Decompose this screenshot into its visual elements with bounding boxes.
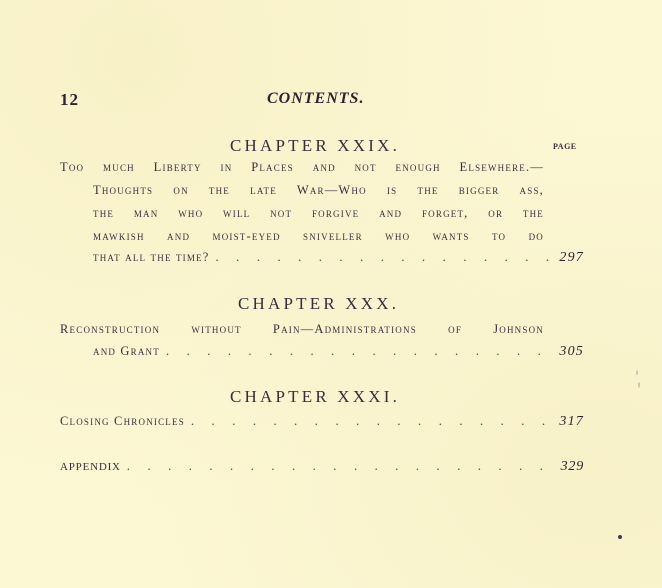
dot-leader: . . . . . . . . . . . . . . . . . . . . …	[185, 414, 555, 429]
entry-line: that all the time?	[93, 250, 210, 265]
paper-speck	[636, 370, 638, 375]
entry-leader-line: and Grant . . . . . . . . . . . . . . . …	[93, 344, 584, 360]
running-title: CONTENTS.	[267, 90, 364, 108]
toc-entry-chapter-xxx[interactable]: Reconstruction without Pain—Administrati…	[60, 322, 584, 368]
entry-line: Closing Chronicles	[60, 414, 185, 429]
page-ref: 317	[555, 414, 584, 430]
dot-leader: . . . . . . . . . . . . . . . . . . . . …	[210, 250, 556, 265]
entry-leader-line: APPENDIX . . . . . . . . . . . . . . . .…	[60, 459, 584, 475]
page-number: 12	[60, 90, 79, 110]
chapter-heading-xxxi: CHAPTER XXXI.	[230, 387, 400, 407]
page-ref: 297	[555, 250, 584, 266]
appendix-label: APPENDIX	[60, 461, 121, 473]
paper-speck	[618, 535, 622, 539]
entry-leader-line: Closing Chronicles . . . . . . . . . . .…	[60, 414, 584, 430]
page-column-label: PAGE	[553, 142, 577, 151]
entry-line: the man who will not forgive and forget,…	[93, 206, 544, 221]
chapter-heading-xxx: CHAPTER XXX.	[238, 294, 399, 314]
entry-line: Too much Liberty in Places and not enoug…	[60, 160, 544, 175]
toc-entry-appendix[interactable]: APPENDIX . . . . . . . . . . . . . . . .…	[60, 459, 584, 481]
entry-line: Thoughts on the late War—Who is the bigg…	[93, 183, 544, 198]
page-ref: 305	[555, 344, 584, 360]
running-head: 12 CONTENTS.	[60, 90, 390, 112]
book-page: 12 CONTENTS. CHAPTER XXIX. PAGE Too much…	[0, 0, 662, 588]
dot-leader: . . . . . . . . . . . . . . . . . . . . …	[160, 344, 555, 359]
toc-entry-chapter-xxix[interactable]: Too much Liberty in Places and not enoug…	[60, 160, 584, 270]
entry-line: and Grant	[93, 344, 160, 359]
page-ref: 329	[557, 459, 584, 475]
dot-leader: . . . . . . . . . . . . . . . . . . . . …	[121, 459, 557, 474]
chapter-heading-xxix: CHAPTER XXIX.	[230, 136, 400, 156]
paper-speck	[638, 382, 640, 388]
entry-leader-line: that all the time? . . . . . . . . . . .…	[93, 250, 584, 266]
entry-line: Reconstruction without Pain—Administrati…	[60, 322, 544, 337]
entry-line: mawkish and moist-eyed sniveller who wan…	[93, 229, 544, 244]
toc-entry-chapter-xxxi[interactable]: Closing Chronicles . . . . . . . . . . .…	[60, 414, 584, 436]
